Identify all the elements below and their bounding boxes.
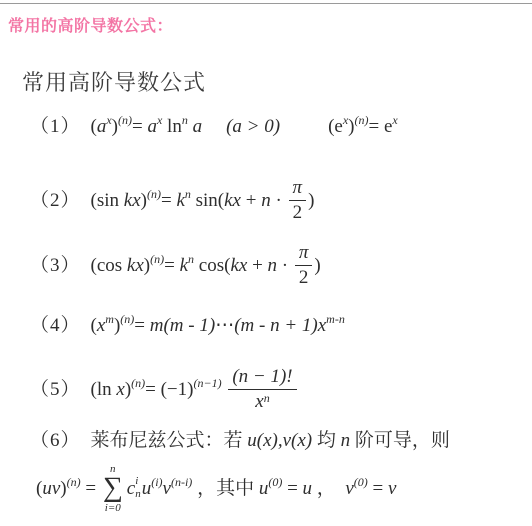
math-superscript: (n) (120, 312, 134, 326)
math-token: u (259, 478, 269, 499)
math-token: v (163, 478, 171, 499)
math-token: ) (308, 191, 314, 210)
math-token: · (271, 190, 287, 211)
document-page: 常用的高阶导数公式： 常用高阶导数公式 （1）(ax)(n)= ax lnn a… (0, 0, 532, 526)
math-token: kx (224, 190, 241, 211)
math-superscript: x (157, 113, 162, 127)
math-token: n (261, 190, 271, 211)
formula-2: （2）(sin kx)(n)= kn sin(kx + n · π2) (30, 177, 314, 224)
math-token: = (164, 255, 179, 276)
math-token: = (132, 116, 147, 137)
math-token: k (176, 190, 184, 211)
formula-6: （6）莱布尼兹公式：若 u(x),v(x) 均 n 阶可导，则 (30, 431, 450, 450)
math-token: = (81, 478, 101, 499)
math-token: kx (127, 255, 144, 276)
math-superscript: x (106, 113, 111, 127)
fraction-factorial: (n − 1)!xn (228, 366, 296, 413)
math-superscript: n (264, 391, 270, 405)
math-token: uv (42, 478, 60, 499)
math-condition: (a > 0) (226, 116, 280, 137)
top-divider (0, 3, 532, 4)
math-token: (m - n + 1) (234, 315, 318, 336)
math-token: ) (60, 478, 66, 499)
math-token: u(x),v(x) (247, 430, 312, 451)
fraction-numerator: π (289, 177, 307, 201)
math-token: m(m - 1) (150, 315, 215, 336)
fraction-denominator: 2 (293, 201, 303, 224)
math-token: sin( (191, 190, 224, 211)
page-title: 常用的高阶导数公式： (8, 13, 173, 36)
formula-5: （5）(ln x)(n)= (−1)(n−1) (n − 1)!xn (30, 366, 299, 413)
math-token: ， (312, 478, 345, 499)
math-token: a (188, 116, 202, 137)
math-token: = (282, 478, 302, 499)
math-superscript: (n-i) (171, 475, 192, 489)
math-token: (ln (91, 379, 117, 400)
math-superscript: (n) (147, 187, 161, 201)
math-token: v (345, 478, 353, 499)
sup-sub-stack: in (135, 475, 141, 501)
math-superscript: n (188, 252, 194, 266)
summation-symbol: n∑i=0 (103, 463, 123, 514)
fraction-pi-over-2: π2 (289, 177, 307, 224)
formula-number: （2） (30, 191, 81, 210)
math-token: kx (230, 255, 247, 276)
math-subscript: n (135, 488, 141, 501)
math-token: = (368, 478, 388, 499)
fraction-pi-over-2: π2 (295, 242, 313, 289)
formula-number: （3） (30, 256, 81, 275)
math-superscript: (n) (150, 252, 164, 266)
math-superscript: (i) (151, 475, 162, 489)
math-superscript: (0) (268, 475, 282, 489)
math-token: = (134, 315, 149, 336)
math-token: (sin (91, 190, 124, 211)
math-token: (e (328, 116, 343, 137)
math-token: u (142, 478, 152, 499)
math-token: ln (162, 116, 182, 137)
math-token: (cos (91, 255, 127, 276)
math-token: = (161, 190, 176, 211)
math-superscript: x (343, 113, 348, 127)
math-token: x (116, 379, 124, 400)
math-superscript: m-n (326, 312, 345, 326)
math-token: ) (314, 256, 320, 275)
math-token: = (−1) (145, 379, 193, 400)
math-token: k (180, 255, 188, 276)
sum-lower-limit: i=0 (105, 502, 121, 514)
math-superscript: (n) (354, 113, 368, 127)
math-token: + (247, 255, 267, 276)
math-token: ⋯ (215, 315, 234, 336)
math-token: c (127, 478, 135, 499)
math-token: kx (124, 190, 141, 211)
math-token: + (241, 190, 261, 211)
leibniz-label: 莱布尼兹公式：若 (91, 430, 248, 451)
formula-1: （1）(ax)(n)= ax lnn a(a > 0)(ex)(n)= ex (30, 117, 398, 136)
sigma-icon: ∑ (103, 475, 123, 502)
math-token: u (303, 478, 313, 499)
math-superscript: (n−1) (193, 376, 221, 390)
math-token: 均 (312, 430, 341, 451)
fraction-denominator: xn (255, 390, 269, 413)
math-token: v (388, 478, 396, 499)
math-token: n (268, 255, 278, 276)
formula-3: （3）(cos kx)(n)= kn cos(kx + n · π2) (30, 242, 321, 289)
math-token: x (318, 315, 326, 336)
math-token: · (277, 255, 293, 276)
math-superscript: (0) (354, 475, 368, 489)
math-superscript: (n) (67, 475, 81, 489)
math-token: = e (368, 116, 392, 137)
math-superscript: n (185, 187, 191, 201)
formula-number: （1） (30, 116, 81, 137)
math-superscript: (n) (118, 113, 132, 127)
math-token (222, 379, 227, 400)
formula-number: （5） (30, 380, 81, 399)
math-token: ，其中 (192, 478, 259, 499)
formula-number: （6） (30, 430, 81, 451)
formula-number: （4） (30, 315, 81, 336)
math-token: x (255, 391, 263, 412)
fraction-numerator: π (295, 242, 313, 266)
fraction-denominator: 2 (299, 266, 309, 289)
math-token: cos( (194, 255, 230, 276)
section-heading: 常用高阶导数公式 (22, 66, 206, 97)
math-superscript: i (135, 475, 138, 488)
math-token: n (341, 430, 351, 451)
fraction-numerator: (n − 1)! (228, 366, 296, 390)
formula-leibniz: (uv)(n) = n∑i=0cinu(i)v(n-i) ，其中 u(0) = … (36, 463, 396, 514)
math-superscript: m (105, 312, 114, 326)
math-superscript: (n) (131, 376, 145, 390)
math-token: a (147, 116, 157, 137)
math-superscript: n (182, 113, 188, 127)
math-token: 阶可导，则 (350, 430, 450, 451)
math-superscript: x (392, 113, 397, 127)
formula-4: （4）(xm)(n)= m(m - 1)⋯(m - n + 1)xm-n (30, 316, 345, 335)
math-token: a (97, 116, 107, 137)
